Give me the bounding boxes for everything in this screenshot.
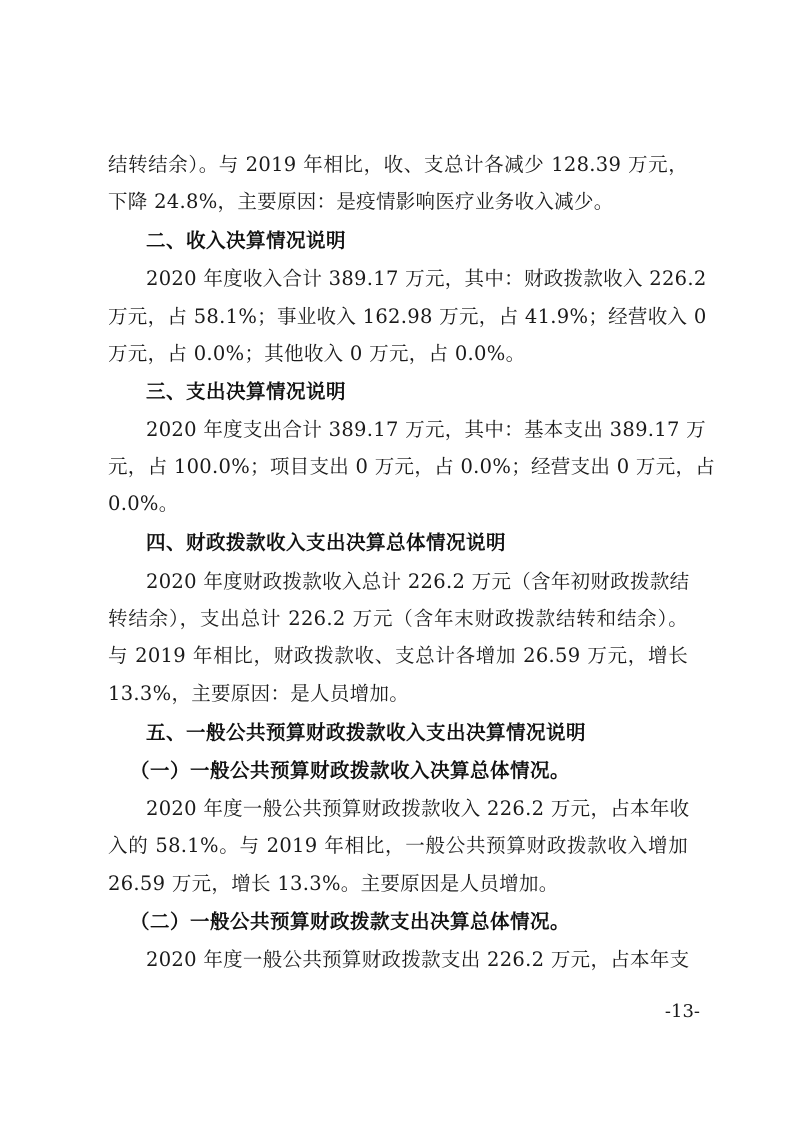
body-text-line: 转结余），支出总计 226.2 万元（含年末财政拨款结转和结余）。	[108, 604, 688, 634]
body-text-line: 2020 年度收入合计 389.17 万元，其中：财政拨款收入 226.2	[146, 264, 688, 294]
body-text-line: 入的 58.1%。与 2019 年相比，一般公共预算财政拨款收入增加	[108, 831, 688, 861]
section-heading-fiscal-appropriation: 四、财政拨款收入支出决算总体情况说明	[146, 528, 706, 558]
body-text-line: 万元，占 0.0%；其他收入 0 万元，占 0.0%。	[108, 339, 688, 369]
body-text-line: 2020 年度支出合计 389.17 万元，其中：基本支出 389.17 万	[146, 415, 688, 445]
body-text-line: 与 2019 年相比，财政拨款收、支总计各增加 26.59 万元，增长	[108, 641, 688, 671]
body-text-line: 元，占 100.0%；项目支出 0 万元，占 0.0%；经营支出 0 万元，占	[108, 452, 688, 482]
body-text-line: 2020 年度一般公共预算财政拨款支出 226.2 万元，占本年支	[146, 945, 688, 975]
section-heading-income: 二、收入决算情况说明	[146, 226, 706, 256]
body-text-line: 26.59 万元，增长 13.3%。主要原因是人员增加。	[108, 869, 688, 899]
subsection-heading-income: （一）一般公共预算财政拨款收入决算总体情况。	[130, 756, 690, 786]
document-page: 结转结余）。与 2019 年相比，收、支总计各减少 128.39 万元， 下降 …	[0, 0, 793, 1122]
page-number: -13-	[650, 998, 700, 1026]
body-text-line: 下降 24.8%，主要原因：是疫情影响医疗业务收入减少。	[108, 187, 688, 217]
subsection-heading-expenditure: （二）一般公共预算财政拨款支出决算总体情况。	[130, 907, 690, 937]
body-text-line: 万元，占 58.1%；事业收入 162.98 万元，占 41.9%；经营收入 0	[108, 302, 688, 332]
body-text-line: 13.3%，主要原因：是人员增加。	[108, 679, 688, 709]
section-heading-expenditure: 三、支出决算情况说明	[146, 377, 706, 407]
section-heading-general-budget: 五、一般公共预算财政拨款收入支出决算情况说明	[146, 718, 706, 748]
body-text-line: 0.0%。	[108, 489, 688, 519]
body-text-line: 结转结余）。与 2019 年相比，收、支总计各减少 128.39 万元，	[108, 150, 688, 180]
body-text-line: 2020 年度一般公共预算财政拨款收入 226.2 万元，占本年收	[146, 794, 688, 824]
body-text-line: 2020 年度财政拨款收入总计 226.2 万元（含年初财政拨款结	[146, 567, 688, 597]
